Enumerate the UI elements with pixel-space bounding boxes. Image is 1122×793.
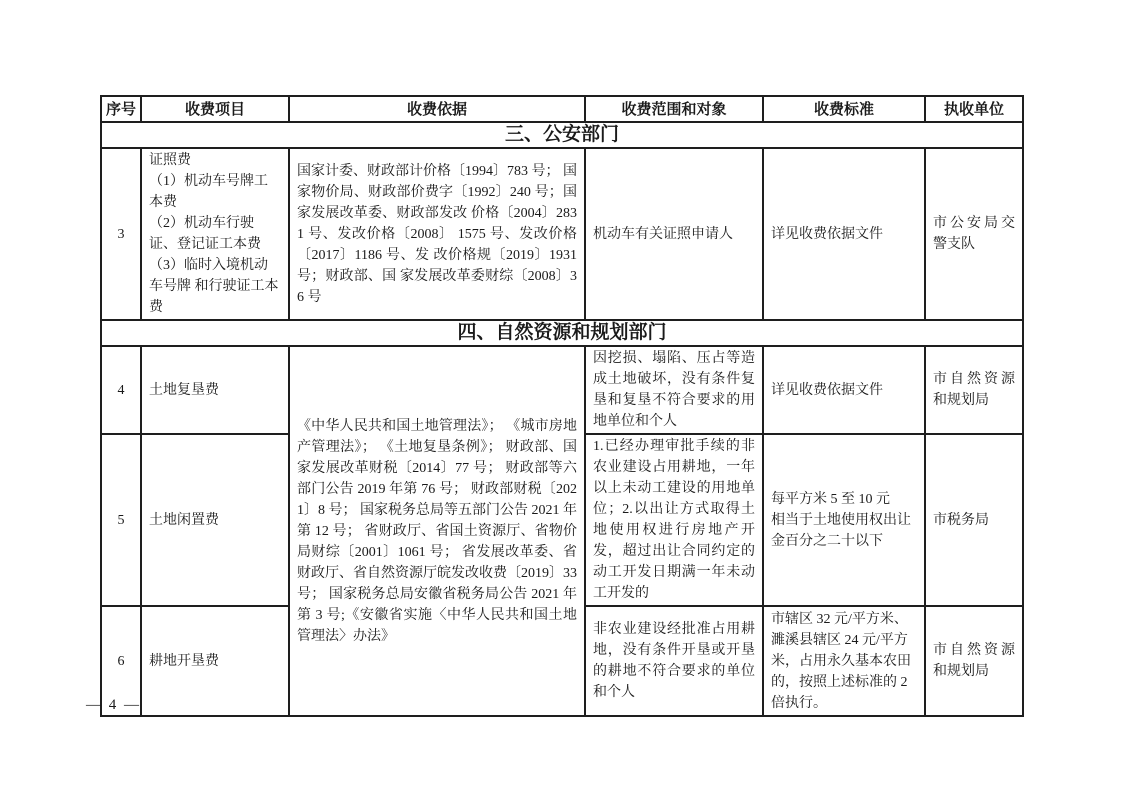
document-page: 序号 收费项目 收费依据 收费范围和对象 收费标准 执收单位 三、公安部门 3 …: [0, 0, 1122, 793]
cell-seq-3: 3: [101, 148, 141, 320]
section-title-natural-resources: 四、自然资源和规划部门: [101, 320, 1023, 346]
cell-fee-standard-4: 详见收费依据文件: [763, 346, 925, 434]
fee-item-line: 证照费: [149, 150, 281, 171]
column-header-fee-basis: 收费依据: [289, 96, 585, 122]
table-row-4: 4 土地复垦费 《中华人民共和国土地管理法》； 《城市房地产管理法》； 《土地复…: [101, 346, 1023, 434]
cell-collecting-unit-6: 市自然资源和规划局: [925, 606, 1023, 716]
fee-item-line: （3）临时入境机动车号牌 和行驶证工本费: [149, 255, 281, 318]
section-row-natural-resources: 四、自然资源和规划部门: [101, 320, 1023, 346]
fee-item-line: （1）机动车号牌工本费: [149, 171, 281, 213]
fee-standard-line: 每平方米 5 至 10 元: [771, 489, 917, 510]
cell-fee-item-5: 土地闲置费: [141, 434, 289, 606]
table-header-row: 序号 收费项目 收费依据 收费范围和对象 收费标准 执收单位: [101, 96, 1023, 122]
cell-fee-standard-6: 市辖区 32 元/平方米、濉溪县辖区 24 元/平方米，占用永久基本农田的，按照…: [763, 606, 925, 716]
cell-collecting-unit-5: 市税务局: [925, 434, 1023, 606]
cell-fee-scope-6: 非农业建设经批准占用耕地，没有条件开垦或开垦的耕地不符合要求的单位和个人: [585, 606, 763, 716]
section-row-public-security: 三、公安部门: [101, 122, 1023, 148]
cell-seq-5: 5: [101, 434, 141, 606]
cell-fee-standard-5: 每平方米 5 至 10 元 相当于土地使用权出让金百分之二十以下: [763, 434, 925, 606]
section-title-public-security: 三、公安部门: [101, 122, 1023, 148]
cell-fee-scope-4: 因挖损、塌陷、压占等造成土地破坏，没有条件复垦和复垦不符合要求的用地单位和个人: [585, 346, 763, 434]
cell-fee-item-6: 耕地开垦费: [141, 606, 289, 716]
fee-standard-line: 相当于土地使用权出让金百分之二十以下: [771, 510, 917, 552]
cell-fee-standard-3: 详见收费依据文件: [763, 148, 925, 320]
cell-seq-4: 4: [101, 346, 141, 434]
column-header-fee-item: 收费项目: [141, 96, 289, 122]
column-header-fee-scope: 收费范围和对象: [585, 96, 763, 122]
cell-fee-item-4: 土地复垦费: [141, 346, 289, 434]
cell-fee-basis-3: 国家计委、财政部计价格〔1994〕783 号； 国家物价局、财政部价费字〔199…: [289, 148, 585, 320]
table-row-3: 3 证照费 （1）机动车号牌工本费 （2）机动车行驶证、登记证工本费 （3）临时…: [101, 148, 1023, 320]
page-number: — 4 —: [86, 697, 141, 714]
cell-collecting-unit-4: 市自然资源和规划局: [925, 346, 1023, 434]
cell-fee-scope-3: 机动车有关证照申请人: [585, 148, 763, 320]
cell-fee-scope-5: 1.已经办理审批手续的非农业建设占用耕地，一年以上未动工建设的用地单位；2.以出…: [585, 434, 763, 606]
cell-collecting-unit-3: 市公安局交警支队: [925, 148, 1023, 320]
fee-schedule-table: 序号 收费项目 收费依据 收费范围和对象 收费标准 执收单位 三、公安部门 3 …: [100, 95, 1024, 717]
column-header-seq: 序号: [101, 96, 141, 122]
fee-item-line: （2）机动车行驶证、登记证工本费: [149, 213, 281, 255]
column-header-fee-standard: 收费标准: [763, 96, 925, 122]
column-header-collecting-unit: 执收单位: [925, 96, 1023, 122]
cell-fee-item-3: 证照费 （1）机动车号牌工本费 （2）机动车行驶证、登记证工本费 （3）临时入境…: [141, 148, 289, 320]
cell-fee-basis-merged-4-6: 《中华人民共和国土地管理法》； 《城市房地产管理法》； 《土地复垦条例》； 财政…: [289, 346, 585, 716]
